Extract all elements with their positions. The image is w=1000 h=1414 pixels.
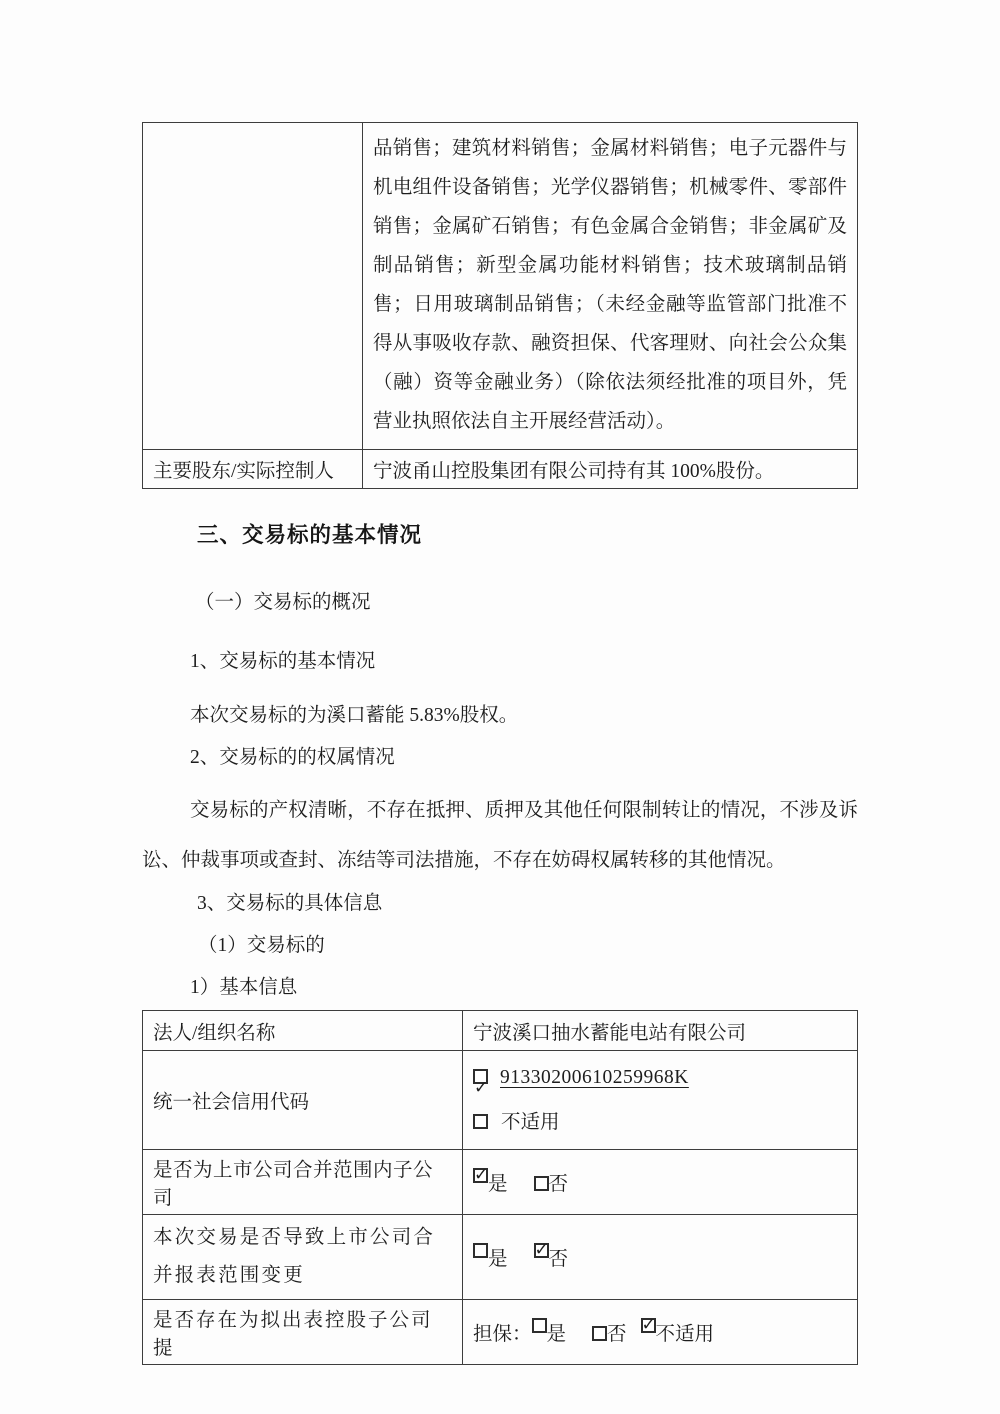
table-row: 法人/组织名称 宁波溪口抽水蓄能电站有限公司 bbox=[143, 1011, 858, 1051]
table-row: 是否存在为拟出表控股子公司提 担保：是否不适用 bbox=[143, 1300, 858, 1365]
guarantee-na-label: 不适用 bbox=[656, 1324, 715, 1345]
guarantee-label: 是否存在为拟出表控股子公司提 bbox=[143, 1300, 463, 1365]
shareholder-value: 宁波甬山控股集团有限公司持有其 100%股份。 bbox=[363, 450, 858, 489]
section-heading: 三、交易标的基本情况 bbox=[197, 518, 858, 549]
scope-change-options-cell: 是否 bbox=[463, 1215, 858, 1300]
item-3-heading: 3、交易标的具体信息 bbox=[197, 892, 858, 915]
legal-name-value: 宁波溪口抽水蓄能电站有限公司 bbox=[463, 1011, 858, 1051]
item-2-paragraph: 交易标的产权清晰，不存在抵押、质押及其他任何限制转让的情况，不涉及诉讼、仲裁事项… bbox=[142, 786, 858, 886]
page-content: 品销售；建筑材料销售；金属材料销售；电子元器件与机电组件设备销售；光学仪器销售；… bbox=[142, 0, 858, 1365]
uscc-code-value: 91330200610259968K bbox=[500, 1067, 689, 1088]
basic-info-heading: 1）基本信息 bbox=[190, 976, 858, 999]
checkbox-checked-icon bbox=[641, 1318, 656, 1333]
checkbox-empty-icon bbox=[532, 1318, 547, 1333]
subsection-overview-heading: （一）交易标的概况 bbox=[195, 591, 858, 614]
uscc-options-cell: 91330200610259968K 不适用 bbox=[463, 1051, 858, 1150]
checkbox-empty-icon bbox=[592, 1326, 607, 1341]
table-row: 本次交易是否导致上市公司合并报表范围变更 是否 bbox=[143, 1215, 858, 1300]
guarantee-prefix: 担保： bbox=[473, 1324, 532, 1345]
table-row: 品销售；建筑材料销售；金属材料销售；电子元器件与机电组件设备销售；光学仪器销售；… bbox=[143, 123, 858, 450]
sub-item-heading: （1）交易标的 bbox=[198, 934, 858, 957]
checkbox-checked-icon bbox=[534, 1243, 549, 1258]
table-row: 主要股东/实际控制人 宁波甬山控股集团有限公司持有其 100%股份。 bbox=[143, 450, 858, 489]
uscc-label: 统一社会信用代码 bbox=[143, 1051, 463, 1150]
basic-info-table: 法人/组织名称 宁波溪口抽水蓄能电站有限公司 统一社会信用代码 91330200… bbox=[142, 1010, 858, 1365]
checkbox-checked-icon bbox=[473, 1069, 488, 1084]
legal-name-label: 法人/组织名称 bbox=[143, 1011, 463, 1051]
checkbox-empty-icon bbox=[473, 1114, 488, 1129]
yes-label: 是 bbox=[488, 1249, 508, 1270]
yes-label: 是 bbox=[488, 1174, 508, 1195]
no-label: 否 bbox=[607, 1324, 627, 1345]
document-page: 品销售；建筑材料销售；金属材料销售；电子元器件与机电组件设备销售；光学仪器销售；… bbox=[0, 0, 1000, 1414]
no-label: 否 bbox=[549, 1174, 569, 1195]
uscc-code-option: 91330200610259968K bbox=[473, 1055, 847, 1100]
uscc-na-label: 不适用 bbox=[501, 1112, 560, 1133]
no-label: 否 bbox=[549, 1249, 569, 1270]
scope-change-label: 本次交易是否导致上市公司合并报表范围变更 bbox=[143, 1215, 463, 1300]
subsidiary-label: 是否为上市公司合并范围内子公司 bbox=[143, 1150, 463, 1215]
empty-label-cell bbox=[143, 123, 363, 450]
item-1-heading: 1、交易标的基本情况 bbox=[190, 650, 858, 673]
checkbox-empty-icon bbox=[534, 1176, 549, 1191]
shareholder-label: 主要股东/实际控制人 bbox=[143, 450, 363, 489]
subsidiary-options-cell: 是否 bbox=[463, 1150, 858, 1215]
business-scope-text: 品销售；建筑材料销售；金属材料销售；电子元器件与机电组件设备销售；光学仪器销售；… bbox=[363, 123, 858, 450]
uscc-na-option: 不适用 bbox=[473, 1100, 847, 1145]
guarantee-options-cell: 担保：是否不适用 bbox=[463, 1300, 858, 1365]
business-scope-table: 品销售；建筑材料销售；金属材料销售；电子元器件与机电组件设备销售；光学仪器销售；… bbox=[142, 122, 858, 489]
item-1-paragraph: 本次交易标的为溪口蓄能 5.83%股权。 bbox=[190, 704, 858, 727]
checkbox-checked-icon bbox=[473, 1168, 488, 1183]
table-row: 统一社会信用代码 91330200610259968K 不适用 bbox=[143, 1051, 858, 1150]
checkbox-empty-icon bbox=[473, 1243, 488, 1258]
table-row: 是否为上市公司合并范围内子公司 是否 bbox=[143, 1150, 858, 1215]
yes-label: 是 bbox=[547, 1324, 567, 1345]
item-2-heading: 2、交易标的的权属情况 bbox=[190, 746, 858, 769]
